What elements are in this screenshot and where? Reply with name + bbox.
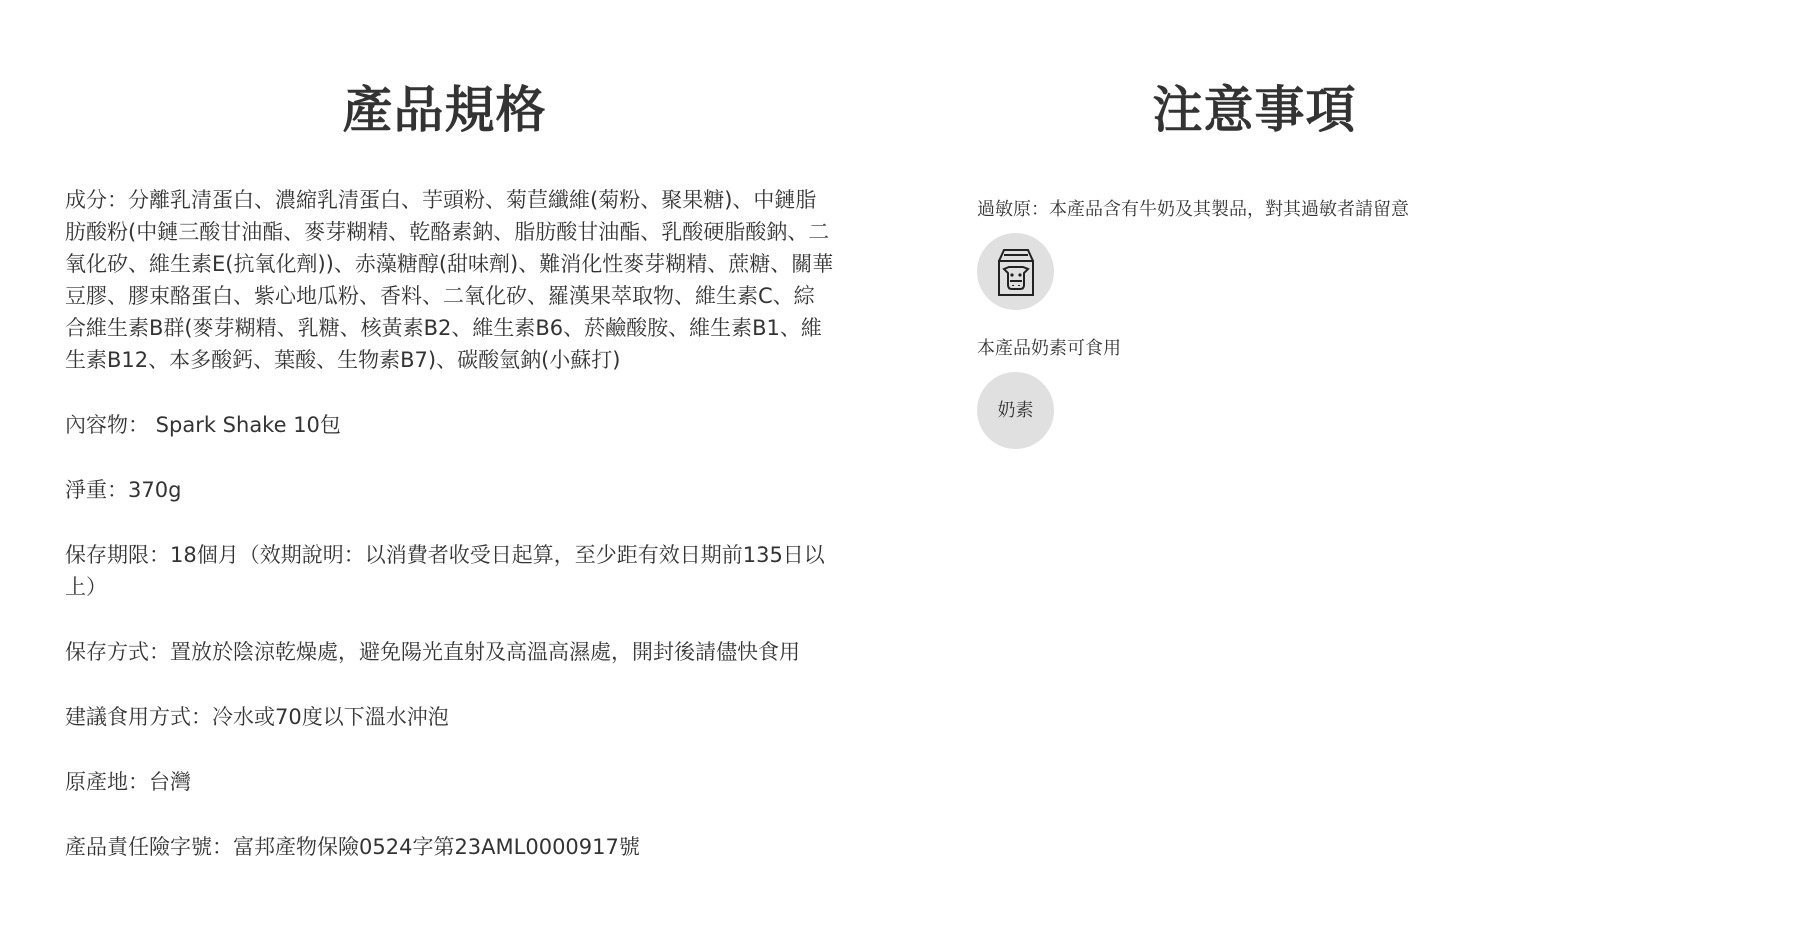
spec-shelf-life: 保存期限：18個月（效期說明：以消費者收受日起算，至少距有效日期前135日以上） [65,539,835,603]
product-spec-title: 產品規格 [329,80,561,140]
notice-title-text: 注意事項 [1153,81,1357,139]
spec-origin: 原產地：台灣 [65,766,835,798]
spec-net-weight: 淨重：370g [65,474,835,506]
notice-title: 注意事項 [1139,80,1371,140]
notice-title-wrap: 注意事項 [875,80,1634,150]
spec-contents: 內容物： Spark Shake 10包 [65,409,835,441]
product-spec-list: 成分：分離乳清蛋白、濃縮乳清蛋白、芋頭粉、菊苣纖維(菊粉、聚果糖)、中鏈脂肪酸粉… [65,184,835,896]
allergen-text: 過敏原：本產品含有牛奶及其製品，對其過敏者請留意 [977,196,1409,224]
product-spec-title-text: 產品規格 [343,81,547,139]
lacto-vegetarian-badge: 奶素 [977,372,1054,449]
spec-storage: 保存方式：置放於陰涼乾燥處，避免陽光直射及高溫高濕處，開封後請儘快食用 [65,636,835,668]
milk-allergen-badge [977,233,1054,310]
product-spec-title-wrap: 產品規格 [65,80,824,150]
diet-text: 本產品奶素可食用 [977,335,1409,363]
spec-insurance: 產品責任險字號：富邦產物保險0524字第23AML0000917號 [65,831,835,863]
notice-content: 過敏原：本產品含有牛奶及其製品，對其過敏者請留意 本產品奶素可食用 奶素 [977,196,1409,449]
spec-ingredients: 成分：分離乳清蛋白、濃縮乳清蛋白、芋頭粉、菊苣纖維(菊粉、聚果糖)、中鏈脂肪酸粉… [65,184,835,376]
spec-usage: 建議食用方式：冷水或70度以下溫水沖泡 [65,701,835,733]
milk-carton-cow-icon [996,247,1036,297]
